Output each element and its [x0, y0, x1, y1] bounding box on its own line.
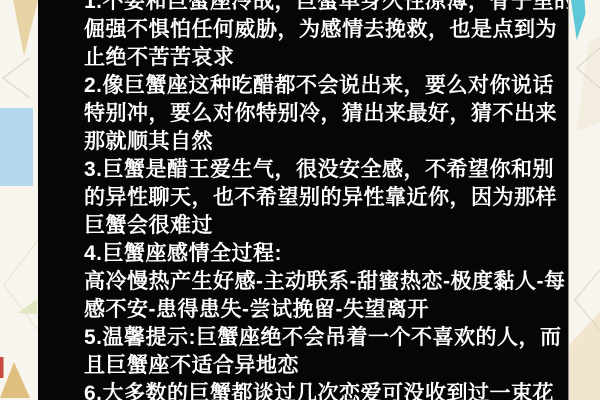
text-card: 1.不要和巨蟹座冷战，巨蟹单身久性凉薄，骨子里的 倔强不惧怕任何威胁，为感情去挽… — [38, 0, 568, 400]
left-decoration-strip — [0, 0, 38, 400]
red-sliver — [0, 357, 4, 378]
text-line: 的异性聊天，也不希望别的异性靠近你，因为那样 — [84, 184, 558, 212]
text-line: 巨蟹会很难过 — [84, 212, 558, 240]
image-post: 1.不要和巨蟹座冷战，巨蟹单身久性凉薄，骨子里的 倔强不惧怕任何威胁，为感情去挽… — [0, 0, 600, 400]
blue-rectangle — [0, 108, 33, 186]
text-line: 1.不要和巨蟹座冷战，巨蟹单身久性凉薄，骨子里的 — [84, 0, 558, 16]
chevron-outline-upper — [3, 58, 30, 98]
text-line: 且巨蟹座不适合异地恋 — [84, 352, 558, 380]
text-line: 那就顺其自然 — [84, 128, 558, 156]
post-text: 1.不要和巨蟹座冷战，巨蟹单身久性凉薄，骨子里的 倔强不惧怕任何威胁，为感情去挽… — [38, 0, 568, 400]
tan-triangle-top — [13, 0, 38, 56]
text-line: 6.大多数的巨蟹都谈过几次恋爱可没收到过一束花 — [84, 380, 558, 400]
text-line: 特别冲，要么对你特别冷，猜出来最好，猜不出来 — [84, 100, 558, 128]
right-decoration-strip — [568, 0, 600, 400]
text-line: 倔强不惧怕任何威胁，为感情去挽救，也是点到为 — [84, 16, 558, 44]
tan-band-bottom — [569, 312, 600, 400]
gold-triangle-bottom — [0, 362, 30, 398]
right-decorations — [569, 0, 600, 400]
text-line: 5.温馨提示:巨蟹座绝不会吊着一个不喜欢的人，而 — [84, 324, 558, 352]
text-line: 止绝不苦苦哀求 — [84, 44, 558, 72]
text-line: 感不安-患得患失-尝试挽留-失望离开 — [84, 296, 558, 324]
text-line: 2.像巨蟹座这种吃醋都不会说出来，要么对你说话 — [84, 72, 558, 100]
text-line: 高冷慢热产生好感-主动联系-甜蜜热恋-极度黏人-每 — [84, 268, 558, 296]
teal-ribbon — [571, 0, 586, 40]
left-decorations — [0, 0, 38, 400]
text-line: 4.巨蟹座感情全过程: — [84, 240, 558, 268]
chevron-outline-lower — [4, 240, 38, 330]
text-line: 3.巨蟹是醋王爱生气，很没安全感，不希望你和别 — [84, 156, 558, 184]
